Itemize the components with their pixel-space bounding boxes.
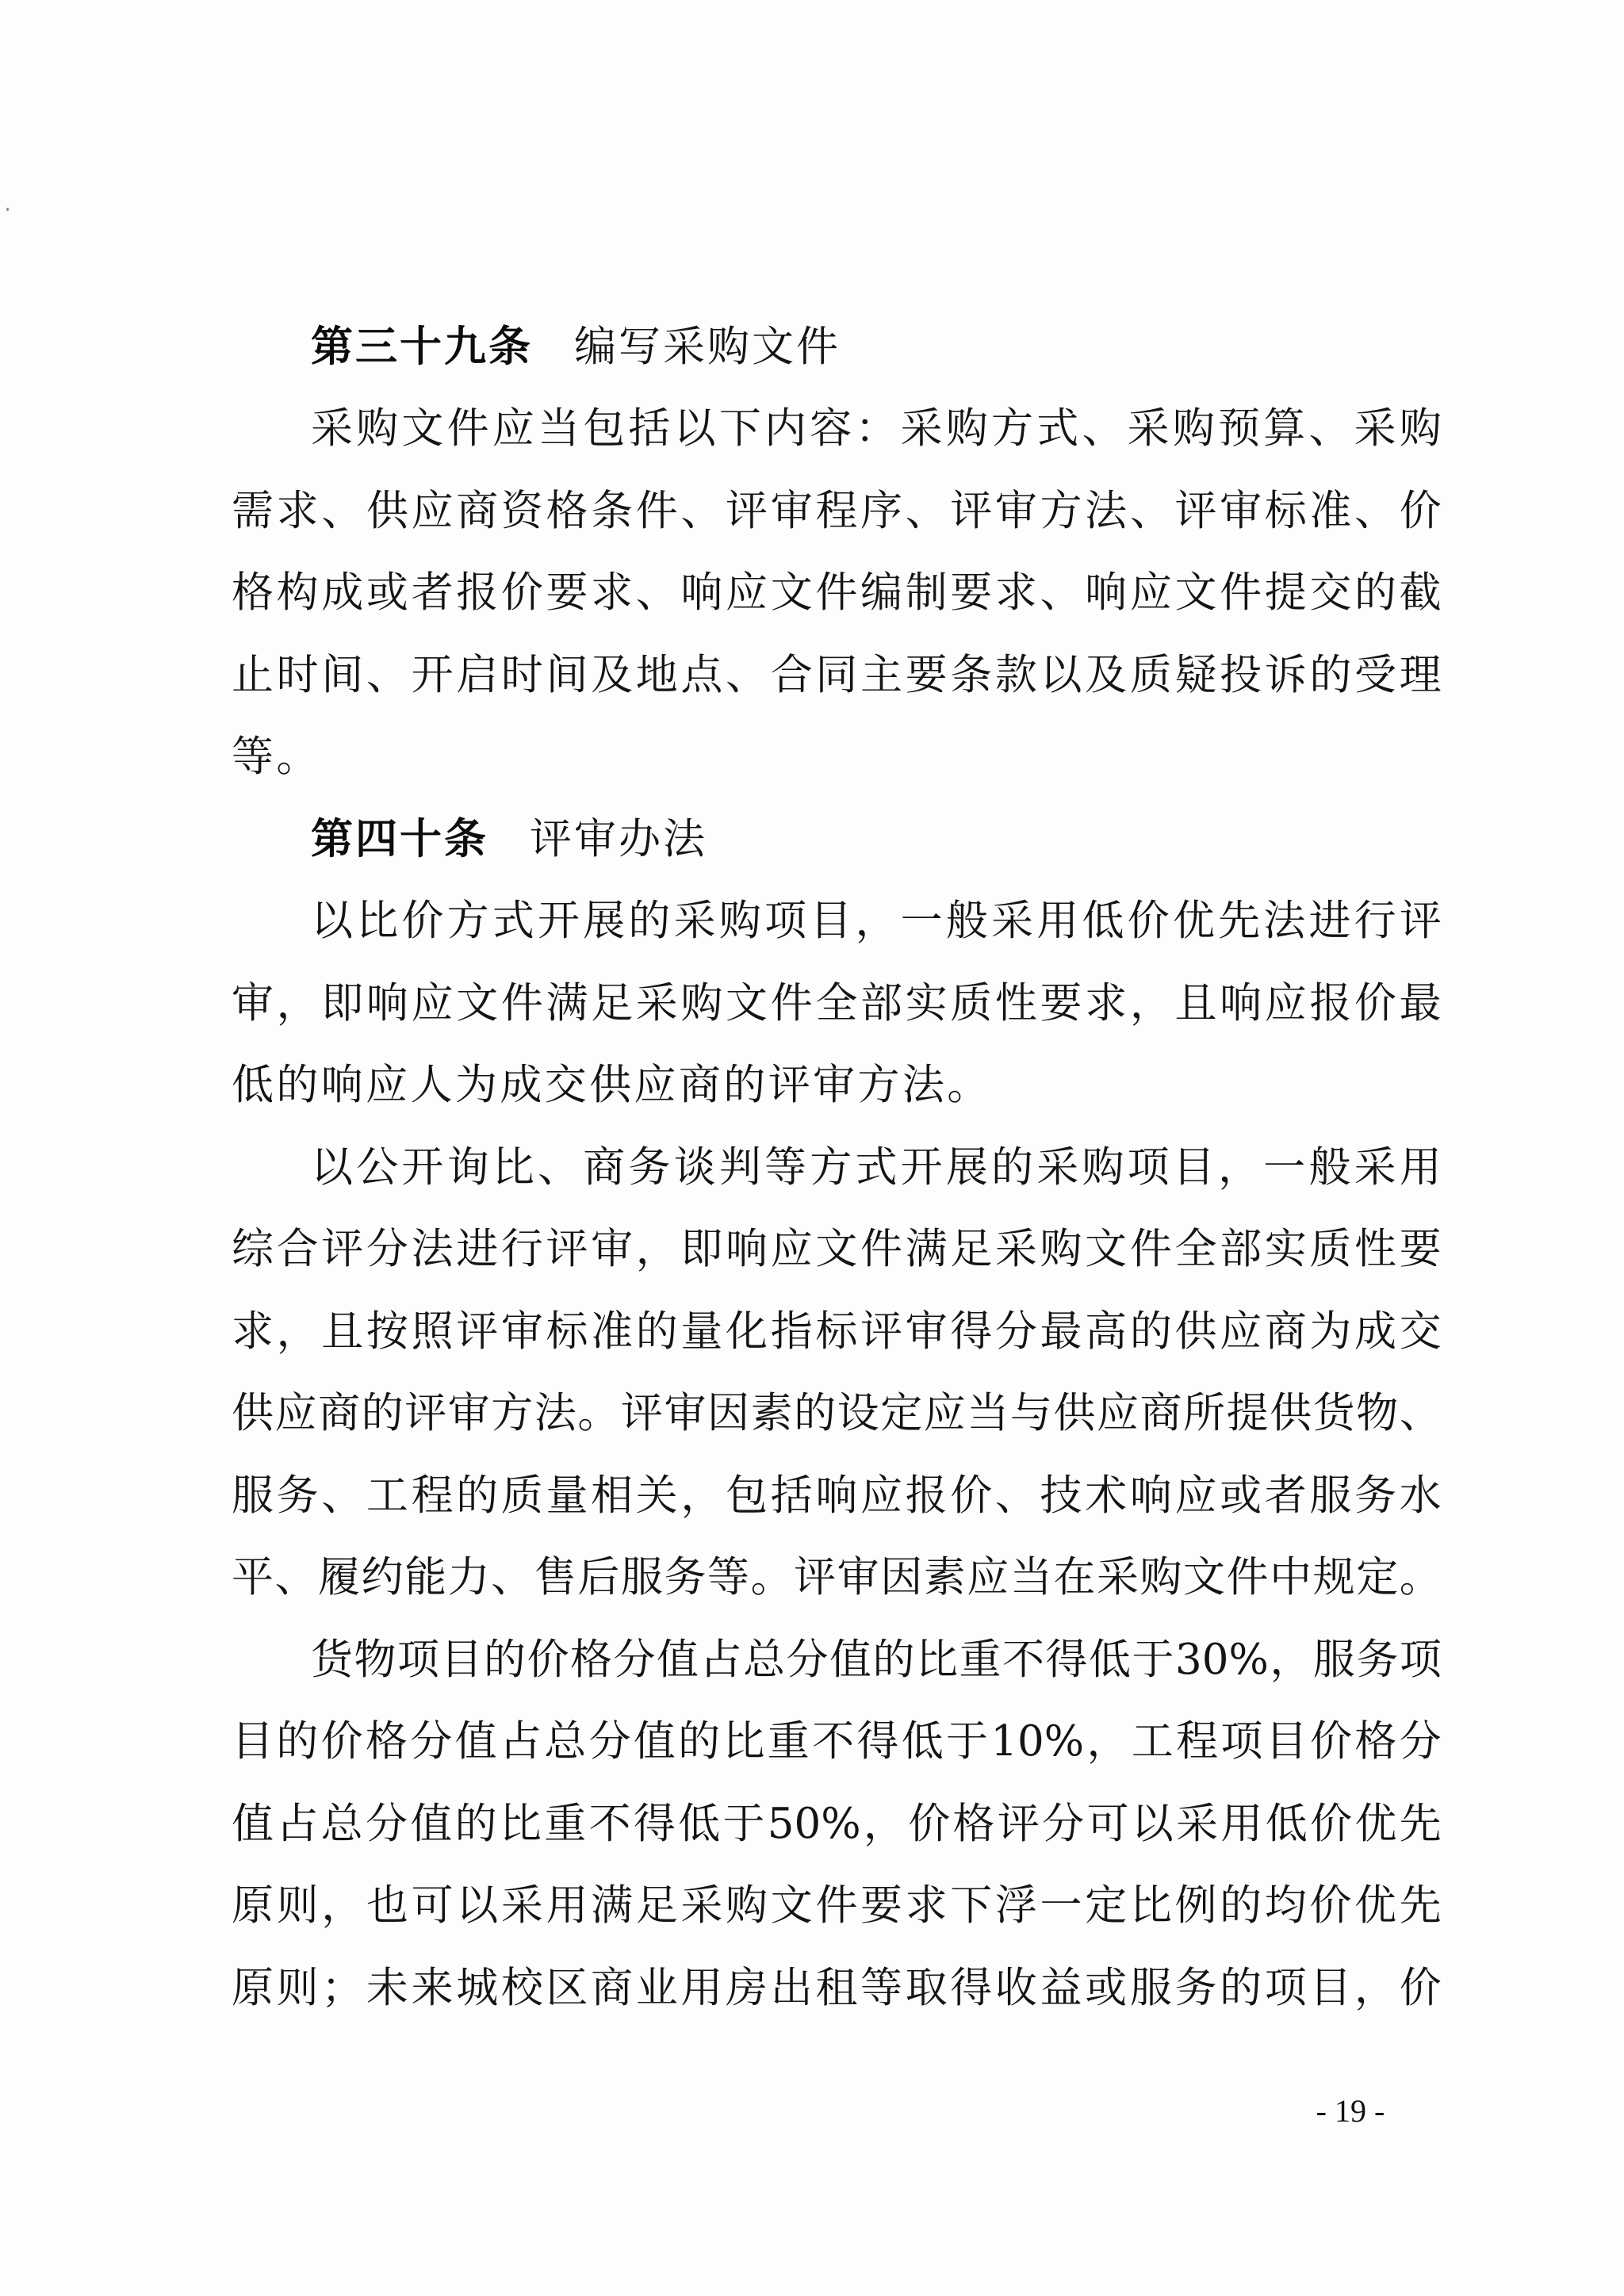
glyph: 物 — [1356, 1386, 1398, 1441]
glyph: 般 — [946, 894, 988, 949]
glyph: 来 — [412, 1961, 454, 2016]
glyph: ， — [864, 1797, 906, 1852]
glyph: 项 — [1265, 1961, 1307, 2016]
glyph: 或 — [366, 565, 408, 621]
glyph: 服 — [1313, 1632, 1355, 1688]
glyph: 总 — [321, 1797, 363, 1852]
glyph: 服 — [1130, 1961, 1172, 2016]
glyph: 30% — [1175, 1632, 1269, 1688]
glyph: ， — [321, 1878, 363, 1934]
glyph: 项 — [764, 894, 806, 949]
glyph: 人 — [411, 1058, 453, 1113]
glyph: 购 — [680, 976, 722, 1031]
glyph: 价 — [321, 1714, 363, 1770]
glyph: ， — [1130, 976, 1172, 1031]
glyph: 价 — [1310, 1714, 1352, 1770]
glyph: 要 — [1400, 1222, 1442, 1277]
glyph: 满 — [546, 976, 588, 1031]
glyph: 审 — [664, 1386, 706, 1441]
glyph: 、 — [1354, 484, 1396, 539]
glyph: 益 — [1040, 1961, 1082, 2016]
glyph: 可 — [412, 1878, 454, 1934]
glyph: 可 — [1086, 1797, 1128, 1852]
glyph: ， — [277, 1304, 319, 1360]
glyph: 公 — [356, 1140, 398, 1196]
glyph: 且 — [1174, 976, 1216, 1031]
glyph: 先 — [1400, 1878, 1442, 1934]
glyph: 价 — [501, 565, 543, 621]
glyph: 方 — [991, 401, 1033, 457]
glyph: 购 — [1139, 1550, 1182, 1605]
glyph: 评 — [1400, 894, 1442, 949]
glyph: 文 — [1085, 1222, 1127, 1277]
glyph: 值 — [455, 1714, 497, 1770]
glyph: 求 — [995, 565, 1037, 621]
glyph: 及 — [591, 648, 633, 703]
glyph: 。 — [276, 729, 318, 785]
glyph: 采 — [1176, 1797, 1218, 1852]
glyph: 项 — [397, 1632, 439, 1688]
glyph: 截 — [1400, 565, 1442, 621]
glyph: 的 — [991, 1140, 1033, 1196]
glyph: 项 — [1400, 1632, 1442, 1688]
glyph: 用 — [1220, 1797, 1262, 1852]
glyph: 展 — [583, 894, 625, 949]
article-number: 第四十条 — [311, 815, 488, 863]
paragraph-line: 服务、工程的质量相关，包括响应报价、技术响应或者服务水 — [232, 1468, 1442, 1524]
glyph: 的 — [628, 894, 670, 949]
glyph: 应 — [366, 1058, 408, 1113]
glyph: 的 — [1130, 1304, 1172, 1360]
glyph: 服 — [232, 1468, 274, 1524]
glyph: 供 — [1053, 1386, 1095, 1441]
glyph: 采 — [991, 894, 1033, 949]
glyph: 方 — [810, 1140, 852, 1196]
glyph: 标 — [815, 1304, 857, 1360]
glyph: 应 — [1220, 1304, 1262, 1360]
paragraph-line: 综合评分法进行评审，即响应文件满足采购文件全部实质性要 — [232, 1222, 1442, 1277]
glyph: 应 — [860, 1468, 902, 1524]
glyph: 应 — [771, 1222, 813, 1277]
glyph: 地 — [636, 648, 678, 703]
glyph: 最 — [1400, 976, 1442, 1031]
glyph: 购 — [1400, 401, 1442, 457]
glyph: 般 — [1308, 1140, 1350, 1196]
glyph: 款 — [995, 648, 1037, 703]
glyph: 评 — [998, 1797, 1040, 1852]
glyph: 价 — [1310, 1797, 1352, 1852]
glyph: 优 — [1354, 1797, 1396, 1852]
glyph: ， — [636, 1222, 678, 1277]
glyph: 应 — [1174, 1468, 1216, 1524]
glyph: 例 — [1174, 1878, 1216, 1934]
glyph: 评 — [404, 1386, 446, 1441]
glyph: 得 — [634, 1797, 676, 1852]
paragraph-line: 以公开询比、商务谈判等方式开展的采购项目，一般采用 — [311, 1140, 1442, 1196]
glyph: 比 — [916, 1632, 958, 1688]
glyph: 务 — [1354, 1468, 1396, 1524]
glyph: 要 — [950, 565, 992, 621]
glyph: 出 — [771, 1961, 813, 2016]
glyph: 者 — [1265, 1468, 1307, 1524]
glyph: 。 — [1400, 1550, 1442, 1605]
glyph: 力 — [448, 1550, 490, 1605]
glyph: 格 — [366, 1714, 408, 1770]
glyph: 应 — [1265, 976, 1307, 1031]
glyph: 量 — [546, 1468, 588, 1524]
glyph: 件 — [815, 565, 857, 621]
glyph: 响 — [815, 1468, 857, 1524]
glyph: 询 — [447, 1140, 489, 1196]
glyph: 预 — [1218, 401, 1260, 457]
glyph: 容 — [810, 401, 852, 457]
glyph: 价 — [1309, 1878, 1351, 1934]
glyph: 分 — [1400, 1714, 1442, 1770]
glyph: 应 — [412, 976, 454, 1031]
glyph: 的 — [723, 1058, 765, 1113]
glyph: 审 — [771, 484, 813, 539]
glyph: 包 — [726, 1468, 768, 1524]
glyph: 件 — [771, 976, 813, 1031]
glyph: 供 — [1270, 1386, 1312, 1441]
glyph: 的 — [1220, 1878, 1262, 1934]
glyph: 则 — [277, 1961, 319, 2016]
glyph: 购 — [946, 401, 988, 457]
glyph: 因 — [880, 1550, 922, 1605]
glyph: 开 — [901, 1140, 943, 1196]
glyph: 足 — [591, 976, 633, 1031]
glyph: 式 — [1036, 401, 1078, 457]
glyph: 文 — [771, 1878, 813, 1934]
glyph: 值 — [657, 1632, 699, 1688]
glyph: 文 — [456, 976, 498, 1031]
glyph: 应 — [726, 565, 768, 621]
glyph: 采 — [636, 976, 678, 1031]
glyph: 一 — [1040, 1878, 1082, 1934]
glyph: 比 — [500, 1797, 542, 1852]
glyph: 用 — [1036, 894, 1078, 949]
glyph: 程 — [815, 484, 857, 539]
glyph: 式 — [492, 894, 534, 949]
glyph: 资 — [501, 484, 543, 539]
glyph: 行 — [501, 1222, 543, 1277]
glyph: 采 — [1354, 401, 1396, 457]
glyph: 的 — [484, 1632, 526, 1688]
paragraph-line: 货物项目的价格分值占总分值的比重不得低于30%，服务项 — [311, 1632, 1442, 1688]
glyph: 购 — [726, 1878, 768, 1934]
scan-speck — [6, 208, 9, 211]
glyph: 价 — [527, 1632, 569, 1688]
glyph: 审 — [501, 1304, 543, 1360]
glyph: 以 — [674, 401, 716, 457]
glyph: 原 — [232, 1878, 274, 1934]
glyph: 应 — [1130, 565, 1172, 621]
glyph: 审 — [448, 1386, 490, 1441]
glyph: 件 — [860, 1222, 902, 1277]
glyph: 分 — [995, 1304, 1037, 1360]
glyph: 采 — [995, 1222, 1037, 1277]
glyph: 求 — [906, 1878, 948, 1934]
paragraph-line: 采购文件应当包括以下内容：采购方式、采购预算、采购 — [311, 401, 1442, 457]
glyph: 法 — [534, 1386, 576, 1441]
glyph: 当 — [1010, 1550, 1052, 1605]
glyph: 文 — [401, 401, 443, 457]
glyph: 、 — [680, 484, 722, 539]
glyph: 得 — [950, 1961, 992, 2016]
glyph: 价 — [1400, 1961, 1442, 2016]
glyph: 性 — [995, 976, 1037, 1031]
glyph: 、 — [1040, 565, 1082, 621]
glyph: 要 — [546, 565, 588, 621]
glyph: 因 — [707, 1386, 749, 1441]
glyph: 、 — [726, 648, 768, 703]
glyph: 于 — [1132, 1632, 1174, 1688]
glyph: 素 — [751, 1386, 793, 1441]
glyph: 、 — [1082, 401, 1124, 457]
glyph: 采 — [311, 401, 353, 457]
glyph: 得 — [856, 1714, 898, 1770]
glyph: 以 — [1040, 648, 1082, 703]
glyph: 的 — [276, 1058, 318, 1113]
glyph: 工 — [1132, 1714, 1174, 1770]
glyph: 。 — [577, 1386, 619, 1441]
glyph: 构 — [277, 565, 319, 621]
paragraph-line: 格构成或者报价要求、响应文件编制要求、响应文件提交的截 — [232, 565, 1442, 621]
glyph: 所 — [1183, 1386, 1225, 1441]
glyph: 评 — [456, 1304, 498, 1360]
glyph: 求 — [1085, 976, 1127, 1031]
glyph: 也 — [366, 1878, 408, 1934]
glyph: 法 — [1085, 484, 1127, 539]
paragraph-line: 需求、供应商资格条件、评审程序、评审方法、评审标准、价 — [232, 484, 1442, 539]
glyph: 房 — [726, 1961, 768, 2016]
glyph: 采 — [1036, 1140, 1078, 1196]
glyph: 于 — [946, 1714, 988, 1770]
glyph: 投 — [1220, 648, 1262, 703]
glyph: 足 — [636, 1878, 678, 1934]
glyph: 价 — [908, 1797, 950, 1852]
article-39-heading: 第三十九条编写采购文件 — [311, 320, 841, 375]
glyph: 占 — [276, 1797, 318, 1852]
glyph: 务 — [277, 1468, 319, 1524]
glyph: 先 — [1400, 1797, 1442, 1852]
glyph: 等 — [764, 1140, 806, 1196]
glyph: 定 — [880, 1386, 922, 1441]
glyph: 方 — [857, 1058, 899, 1113]
glyph: 行 — [1354, 894, 1396, 949]
glyph: 比 — [1130, 1878, 1172, 1934]
glyph: 值 — [232, 1797, 274, 1852]
glyph: 高 — [1085, 1304, 1127, 1360]
glyph: 质 — [950, 976, 992, 1031]
glyph: 采 — [1097, 1550, 1139, 1605]
glyph: 交 — [545, 1058, 587, 1113]
glyph: ， — [855, 894, 897, 949]
glyph: 商 — [583, 1140, 625, 1196]
glyph: 提 — [1265, 565, 1307, 621]
glyph: 定 — [1085, 1878, 1127, 1934]
glyph: 满 — [906, 1222, 948, 1277]
glyph: 综 — [232, 1222, 274, 1277]
glyph: 的 — [678, 1714, 720, 1770]
glyph: 标 — [1265, 484, 1307, 539]
glyph: 目 — [1266, 1714, 1308, 1770]
glyph: 关 — [636, 1468, 678, 1524]
glyph: 法 — [412, 1222, 454, 1277]
glyph: 交 — [1309, 565, 1351, 621]
glyph: 响 — [321, 1058, 363, 1113]
glyph: 购 — [1173, 401, 1215, 457]
glyph: 应 — [924, 1386, 966, 1441]
glyph: 租 — [815, 1961, 857, 2016]
glyph: 技 — [1040, 1468, 1082, 1524]
glyph: 工 — [366, 1468, 408, 1524]
glyph: 应 — [634, 1058, 676, 1113]
glyph: 采 — [674, 894, 716, 949]
glyph: 程 — [412, 1468, 454, 1524]
glyph: 方 — [447, 894, 489, 949]
glyph: 等 — [232, 729, 274, 785]
glyph: 值 — [829, 1632, 871, 1688]
glyph: 止 — [232, 648, 274, 703]
glyph: 平 — [232, 1550, 274, 1605]
article-title: 编写采购文件 — [574, 323, 841, 371]
glyph: 低 — [232, 1058, 274, 1113]
glyph: 的 — [456, 1468, 498, 1524]
glyph: 准 — [1309, 484, 1351, 539]
glyph: 部 — [860, 976, 902, 1031]
glyph: 包 — [583, 401, 625, 457]
glyph: 重 — [768, 1714, 810, 1770]
glyph: 开 — [401, 1140, 443, 1196]
glyph: 时 — [277, 648, 319, 703]
glyph: 及 — [1085, 648, 1127, 703]
glyph: 合 — [771, 648, 813, 703]
glyph: 指 — [771, 1304, 813, 1360]
glyph: 评 — [726, 484, 768, 539]
glyph: ， — [1270, 1632, 1312, 1688]
glyph: 在 — [1053, 1550, 1095, 1605]
glyph: 序 — [860, 484, 902, 539]
glyph: 当 — [967, 1386, 1009, 1441]
glyph: 全 — [815, 976, 857, 1031]
glyph: 文 — [1174, 565, 1216, 621]
glyph: 、 — [491, 1550, 533, 1605]
glyph: 评 — [621, 1386, 663, 1441]
glyph: 价 — [1400, 484, 1442, 539]
glyph: 成 — [500, 1058, 542, 1113]
glyph: 点 — [680, 648, 722, 703]
glyph: 审 — [813, 1058, 855, 1113]
glyph: 商 — [1139, 1386, 1182, 1441]
glyph: 相 — [591, 1468, 633, 1524]
glyph: 目 — [810, 894, 852, 949]
paragraph-line: 求，且按照评审标准的量化指标评审得分最高的供应商为成交 — [232, 1304, 1442, 1360]
glyph: 的 — [636, 1304, 678, 1360]
glyph: 开 — [412, 648, 454, 703]
glyph: 审 — [1220, 484, 1262, 539]
glyph: 谈 — [674, 1140, 716, 1196]
glyph: 件 — [1227, 1550, 1269, 1605]
glyph: 目 — [1309, 1961, 1351, 2016]
glyph: 比 — [356, 894, 398, 949]
glyph: 成 — [321, 565, 363, 621]
glyph: 优 — [1173, 894, 1215, 949]
glyph: 水 — [1400, 1468, 1442, 1524]
glyph: 物 — [354, 1632, 396, 1688]
glyph: 启 — [456, 648, 498, 703]
glyph: 重 — [544, 1797, 586, 1852]
glyph: 项 — [1220, 1714, 1262, 1770]
glyph: 为 — [455, 1058, 497, 1113]
glyph: 标 — [546, 1304, 588, 1360]
glyph: 、 — [636, 565, 678, 621]
glyph: 理 — [1400, 648, 1442, 703]
glyph: 、 — [321, 1468, 363, 1524]
paragraph-line: 平、履约能力、售后服务等。评审因素应当在采购文件中规定。 — [232, 1550, 1442, 1605]
glyph: 审 — [591, 1222, 633, 1277]
glyph: 展 — [946, 1140, 988, 1196]
glyph: ， — [1354, 1961, 1396, 2016]
glyph: 方 — [491, 1386, 533, 1441]
article-40-heading: 第四十条评审办法 — [311, 812, 707, 867]
glyph: 等 — [860, 1961, 902, 2016]
glyph: 均 — [1265, 1878, 1307, 1934]
glyph: 货 — [1313, 1386, 1355, 1441]
glyph: 能 — [404, 1550, 446, 1605]
glyph: 原 — [232, 1961, 274, 2016]
glyph: 制 — [906, 565, 948, 621]
glyph: 编 — [860, 565, 902, 621]
glyph: 质 — [501, 1468, 543, 1524]
glyph: 下 — [719, 401, 761, 457]
glyph: 分 — [614, 1632, 656, 1688]
glyph: 货 — [311, 1632, 353, 1688]
glyph: 服 — [621, 1550, 663, 1605]
glyph: 法 — [1263, 894, 1305, 949]
glyph: 不 — [1002, 1632, 1044, 1688]
glyph: ； — [321, 1961, 363, 2016]
glyph: 分 — [1042, 1797, 1084, 1852]
glyph: 未 — [366, 1961, 408, 2016]
glyph: 分 — [410, 1714, 452, 1770]
paragraph-line: 值占总分值的比重不得低于50%，价格评分可以采用低价优先 — [232, 1797, 1442, 1852]
glyph: 的 — [794, 1386, 836, 1441]
glyph: 。 — [751, 1550, 793, 1605]
glyph: 诉 — [1265, 648, 1307, 703]
glyph: 文 — [1183, 1550, 1225, 1605]
glyph: 判 — [719, 1140, 761, 1196]
glyph: 文 — [815, 1222, 857, 1277]
glyph: 疑 — [1174, 648, 1216, 703]
glyph: 履 — [318, 1550, 360, 1605]
glyph: 报 — [1309, 976, 1351, 1031]
glyph: 约 — [362, 1550, 404, 1605]
glyph: 用 — [1400, 1140, 1442, 1196]
glyph: 间 — [321, 648, 363, 703]
glyph: 响 — [1220, 976, 1262, 1031]
glyph: 即 — [321, 976, 363, 1031]
glyph: 50% — [768, 1797, 861, 1852]
glyph: 求 — [277, 484, 319, 539]
glyph: 照 — [412, 1304, 454, 1360]
glyph: 评 — [546, 1222, 588, 1277]
glyph: 低 — [678, 1797, 720, 1852]
glyph: 商 — [456, 484, 498, 539]
glyph: 要 — [860, 1878, 902, 1934]
glyph: 同 — [815, 648, 857, 703]
glyph: 格 — [546, 484, 588, 539]
